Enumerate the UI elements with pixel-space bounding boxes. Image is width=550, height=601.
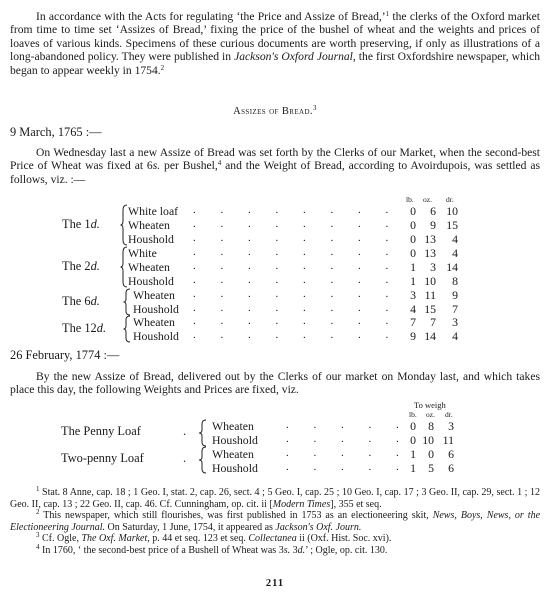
date-1774: 26 February, 1774 :—	[10, 348, 119, 363]
column-header-dr: dr.	[446, 195, 454, 204]
footnote-1: 1 Stat. 8 Anne, cap. 18 ; 1 Geo. I, stat…	[10, 487, 540, 510]
table-row: Houshold . . . . . 1 5 6	[10, 461, 540, 475]
footnotes: 1 Stat. 8 Anne, cap. 18 ; 1 Geo. I, stat…	[10, 487, 540, 557]
footnote-ref-3[interactable]: 3	[313, 104, 317, 112]
footnote-3: 3 Cf. Ogle, The Oxf. Market, p. 44 et se…	[10, 533, 540, 545]
footnote-ref-2[interactable]: 2	[161, 64, 165, 72]
table-row: Wheaten . . . . . . . . 1 3 14	[10, 260, 540, 274]
table-row: Wheaten . . . . . 0 8 3	[10, 419, 540, 433]
footnote-2: 2 This newspaper, which still flourishes…	[10, 510, 540, 533]
intro-paragraph: In accordance with the Acts for regulati…	[10, 10, 540, 77]
table-row: Houshold . . . . . 0 10 11	[10, 433, 540, 447]
paragraph-1774: By the new Assize of Bread, delivered ou…	[10, 370, 540, 397]
column-title-to-weigh: To weigh	[414, 400, 446, 410]
table-row: Houshold . . . . . . . . 9 14 4	[10, 329, 540, 343]
table-row: Houshold . . . . . . . . 4 15 7	[10, 302, 540, 316]
journal-title: Jackson's Oxford Journal	[234, 50, 353, 63]
column-header-oz: oz.	[423, 195, 432, 204]
footnote-4: 4 In 1760, ‘ the second-best price of a …	[10, 545, 540, 557]
table-row: Houshold . . . . . . . . 1 10 8	[10, 274, 540, 288]
column-header-lb: lb.	[406, 195, 414, 204]
table-row: Wheaten . . . . . . . . 0 9 15	[10, 218, 540, 232]
column-header-oz: oz.	[426, 410, 435, 419]
table-row: White . . . . . . . . 0 13 4	[10, 246, 540, 260]
paragraph-1765: On Wednesday last a new Assize of Bread …	[10, 146, 540, 186]
date-1765: 9 March, 1765 :—	[10, 125, 102, 140]
column-header-lb: lb.	[409, 410, 417, 419]
table-row: Wheaten . . . . . 1 0 6	[10, 447, 540, 461]
table-row: White loaf . . . . . . . . 0 6 10	[10, 204, 540, 218]
table-row: Wheaten . . . . . . . . 7 7 3	[10, 315, 540, 329]
table-row: Houshold . . . . . . . . 0 13 4	[10, 232, 540, 246]
section-heading: Assizes of Bread.3	[10, 106, 540, 117]
table-row: Wheaten . . . . . . . . 3 11 9	[10, 288, 540, 302]
page-number: 211	[10, 578, 540, 589]
column-header-dr: dr.	[445, 410, 453, 419]
